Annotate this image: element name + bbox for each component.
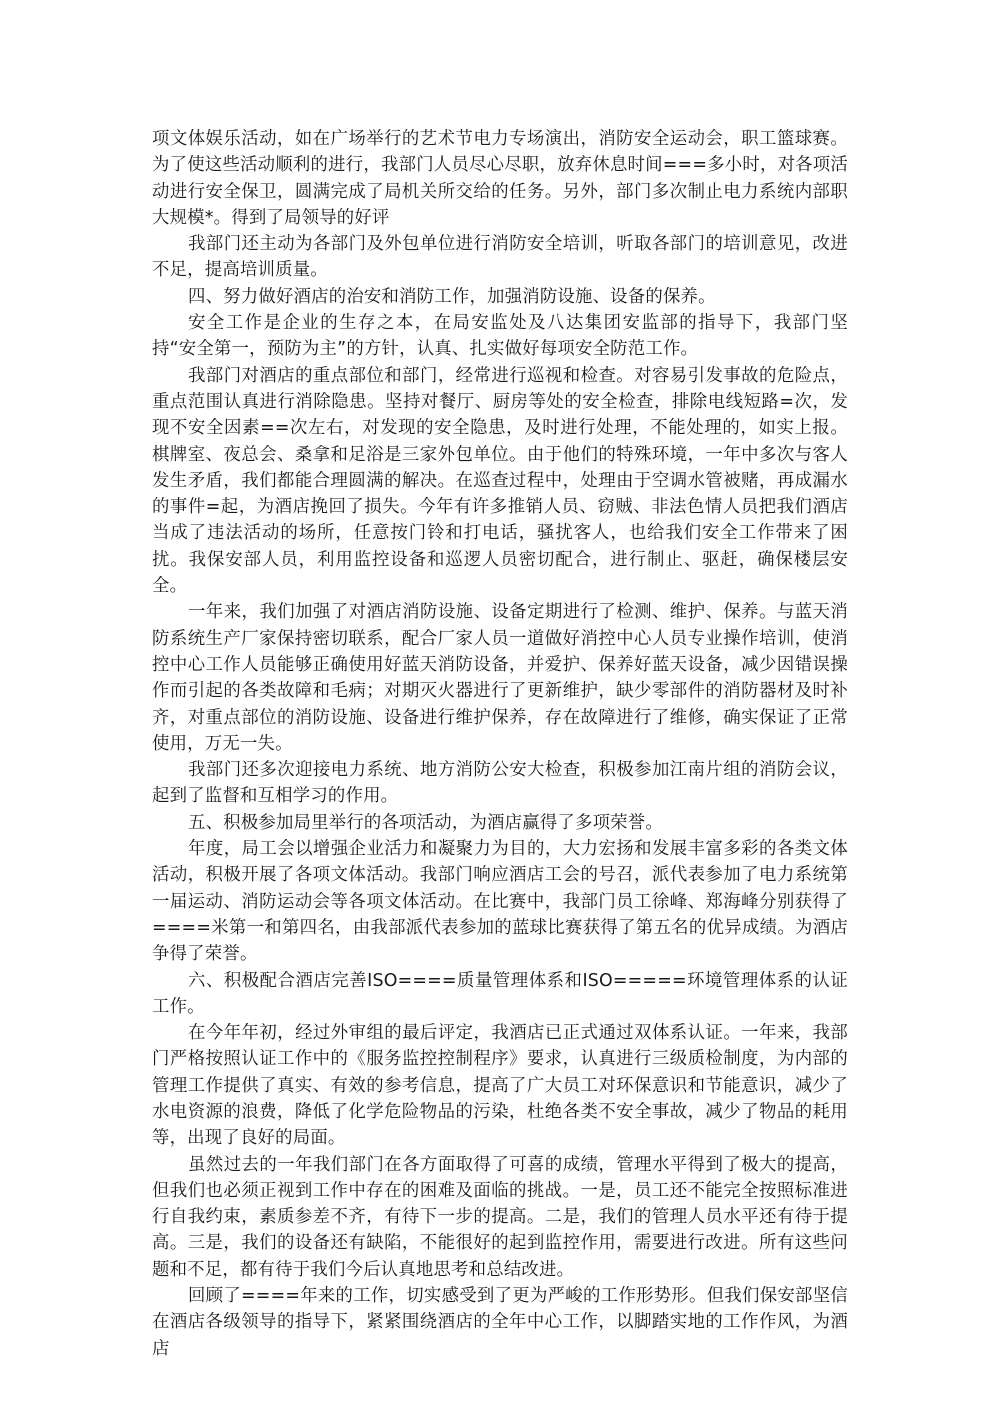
paragraph-activities-continued: 项文体娱乐活动，如在广场举行的艺术节电力专场演出，消防安全运动会，职工篮球赛。为… bbox=[152, 126, 848, 231]
paragraph-inspections: 我部门对酒店的重点部位和部门，经常进行巡视和检查。对容易引发事故的危险点，重点范… bbox=[152, 363, 848, 600]
section-heading-5: 五、积极参加局里举行的各项活动，为酒店赢得了多项荣誉。 bbox=[152, 810, 848, 836]
paragraph-fire-training: 我部门还主动为各部门及外包单位进行消防安全培训，听取各部门的培训意见，改进不足，… bbox=[152, 231, 848, 284]
paragraph-external-inspections: 我部门还多次迎接电力系统、地方消防公安大检查，积极参加江南片组的消防会议，起到了… bbox=[152, 757, 848, 810]
paragraph-challenges: 虽然过去的一年我们部门在各方面取得了可喜的成绩，管理水平得到了极大的提高，但我们… bbox=[152, 1152, 848, 1283]
paragraph-review: 回顾了====年来的工作，切实感受到了更为严峻的工作形势形。但我们保安部坚信在酒… bbox=[152, 1283, 848, 1362]
paragraph-sports-events: 年度，局工会以增强企业活力和凝聚力为目的，大力宏扬和发展丰富多彩的各类文体活动，… bbox=[152, 836, 848, 967]
paragraph-iso-certification: 在今年年初，经过外审组的最后评定，我酒店已正式通过双体系认证。一年来，我部门严格… bbox=[152, 1020, 848, 1151]
paragraph-safety-policy: 安全工作是企业的生存之本，在局安监处及八达集团安监部的指导下，我部门坚持“安全第… bbox=[152, 310, 848, 363]
section-heading-4: 四、努力做好酒店的治安和消防工作，加强消防设施、设备的保养。 bbox=[152, 284, 848, 310]
section-heading-6: 六、积极配合酒店完善ISO====质量管理体系和ISO=====环境管理体系的认… bbox=[152, 968, 848, 1021]
paragraph-fire-equipment: 一年来，我们加强了对酒店消防设施、设备定期进行了检测、维护、保养。与蓝天消防系统… bbox=[152, 599, 848, 757]
document-page: 项文体娱乐活动，如在广场举行的艺术节电力专场演出，消防安全运动会，职工篮球赛。为… bbox=[152, 126, 848, 1362]
